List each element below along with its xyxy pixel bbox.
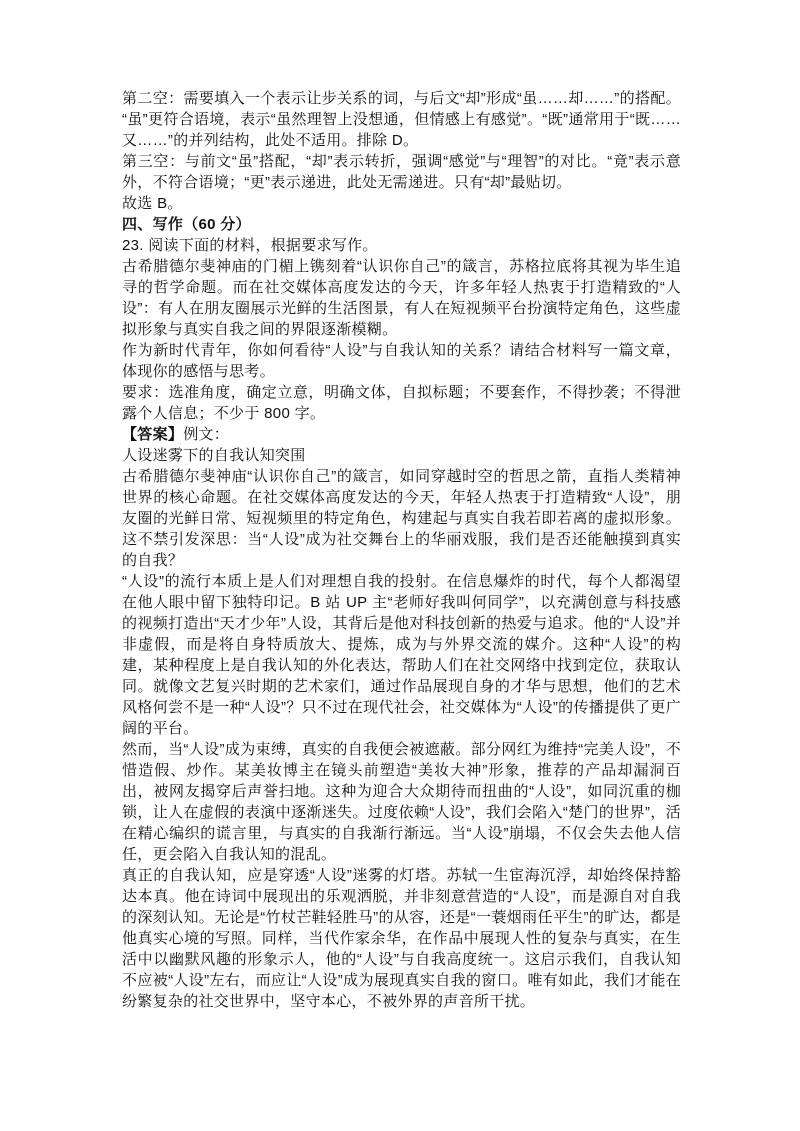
essay-paragraph-1: 古希腊德尔斐神庙“认识你自己”的箴言，如同穿越时空的哲思之箭，直指人类精神世界的… — [122, 466, 681, 571]
question-material-paragraph: 古希腊德尔斐神庙的门楣上镌刻着“认识你自己”的箴言，苏格拉底将其视为毕生追寻的哲… — [122, 256, 681, 340]
essay-paragraph-2: “人设”的流行本质上是人们对理想自我的投射。在信息爆炸的时代，每个人都渴望在他人… — [122, 571, 681, 739]
section-heading-writing: 四、写作（60 分） — [122, 214, 681, 235]
answer-label-suffix: 例文： — [183, 426, 229, 443]
essay-paragraph-4: 真正的自我认知，应是穿透“人设”迷雾的灯塔。苏轼一生宦海沉浮，却始终保持豁达本真… — [122, 865, 681, 1012]
essay-title: 人设迷雾下的自我认知突围 — [122, 445, 681, 466]
answer-label-line: 【答案】例文： — [122, 424, 681, 445]
answer-label: 【答案】 — [122, 426, 183, 443]
question-task-paragraph: 作为新时代青年，你如何看待“人设”与自我认知的关系？请结合材料写一篇文章，体现你… — [122, 340, 681, 382]
analysis-blank2-paragraph: 第二空：需要填入一个表示让步关系的词，与后文“却”形成“虽……却……”的搭配。“… — [122, 88, 681, 151]
essay-paragraph-3: 然而，当“人设”成为束缚，真实的自我便会被遮蔽。部分网红为维持“完美人设”，不惜… — [122, 739, 681, 865]
document-content: 第二空：需要填入一个表示让步关系的词，与后文“却”形成“虽……却……”的搭配。“… — [122, 88, 681, 1012]
exam-answer-page: 第二空：需要填入一个表示让步关系的词，与后文“却”形成“虽……却……”的搭配。“… — [0, 0, 800, 1131]
analysis-conclusion: 故选 B。 — [122, 193, 681, 214]
analysis-blank3-paragraph: 第三空：与前文“虽”搭配，“却”表示转折，强调“感觉”与“理智”的对比。“竟”表… — [122, 151, 681, 193]
question-requirements-paragraph: 要求：选准角度，确定立意，明确文体，自拟标题；不要套作，不得抄袭；不得泄露个人信… — [122, 382, 681, 424]
question-stem: 23. 阅读下面的材料，根据要求写作。 — [122, 235, 681, 256]
